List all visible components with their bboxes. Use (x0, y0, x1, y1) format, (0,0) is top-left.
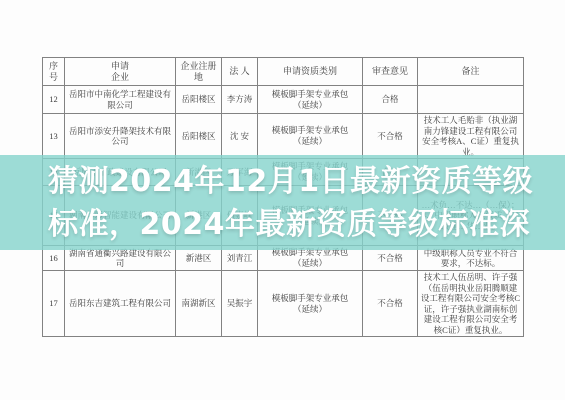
cell-location: 岳阳楼区 (176, 86, 222, 114)
cell-remark: 技术工人伍岳明、许子强（伍岳明执业岳阳腾顺建设工程有限公司安全考核C证，许子强执… (418, 271, 524, 337)
category-line1: 模板脚手架专业承包 (260, 125, 360, 136)
overlay-title: 猜测2024年12月1日最新资质等级 标准，2024年最新资质等级标准深 (48, 160, 533, 246)
overlay-title-line1: 猜测2024年12月1日最新资质等级 (48, 160, 533, 203)
cell-company: 岳阳东吉建筑工程有限公司 (65, 271, 176, 337)
cell-serial-no: 17 (43, 271, 65, 337)
cell-remark: 技术工人毛贻非（执业湖南力锋建设工程有限公司安全考核A、C证）重复执业。 (418, 114, 524, 159)
cell-location: 岳阳楼区 (176, 114, 222, 159)
header-legal-person: 法 人 (222, 58, 258, 86)
category-line2: （延续） (260, 258, 360, 269)
header-qualification-category: 申请资质类别 (258, 58, 363, 86)
header-serial-no: 序 号 (43, 58, 65, 86)
watermark-overlay-banner: 猜测2024年12月1日最新资质等级 标准，2024年最新资质等级标准深 (0, 155, 565, 250)
header-applicant-company: 申请 企业 (65, 58, 176, 86)
cell-serial-no: 13 (43, 114, 65, 159)
header-remarks: 备注 (418, 58, 524, 86)
header-registration-place: 企业注册地 (176, 58, 222, 86)
cell-opinion: 不合格 (363, 114, 418, 159)
category-line2: （延续） (260, 100, 360, 111)
cell-company: 岳阳市添安升降架技术有限公司 (65, 114, 176, 159)
cell-legal-person: 吴振宇 (222, 271, 258, 337)
category-line1: 模板脚手架专业承包 (260, 293, 360, 304)
table-header-row: 序 号 申请 企业 企业注册地 法 人 申请资质类别 审查意见 备注 (43, 58, 524, 86)
cell-legal-person: 李方涛 (222, 86, 258, 114)
cell-company: 岳阳市中南化学工程建设有限公司 (65, 86, 176, 114)
cell-legal-person: 沈 安 (222, 114, 258, 159)
cell-category: 模板脚手架专业承包 （延续） (258, 271, 363, 337)
cell-category: 模板脚手架专业承包 （延续） (258, 114, 363, 159)
cell-location: 南湖新区 (176, 271, 222, 337)
overlay-title-line2: 标准，2024年最新资质等级标准深 (48, 203, 533, 246)
category-line2: （延续） (260, 304, 360, 315)
cell-opinion: 合格 (363, 86, 418, 114)
cell-opinion: 不合格 (363, 271, 418, 337)
category-line1: 模板脚手架专业承包 (260, 89, 360, 100)
cell-remark (418, 86, 524, 114)
category-line2: （延续） (260, 136, 360, 147)
cell-serial-no: 12 (43, 86, 65, 114)
header-review-opinion: 审查意见 (363, 58, 418, 86)
table-row: 12 岳阳市中南化学工程建设有限公司 岳阳楼区 李方涛 模板脚手架专业承包 （延… (43, 86, 524, 114)
table-row: 13 岳阳市添安升降架技术有限公司 岳阳楼区 沈 安 模板脚手架专业承包 （延续… (43, 114, 524, 159)
table-row: 17 岳阳东吉建筑工程有限公司 南湖新区 吴振宇 模板脚手架专业承包 （延续） … (43, 271, 524, 337)
scanned-document-page: 序 号 申请 企业 企业注册地 法 人 申请资质类别 审查意见 备注 12 岳阳… (0, 0, 565, 400)
cell-category: 模板脚手架专业承包 （延续） (258, 86, 363, 114)
